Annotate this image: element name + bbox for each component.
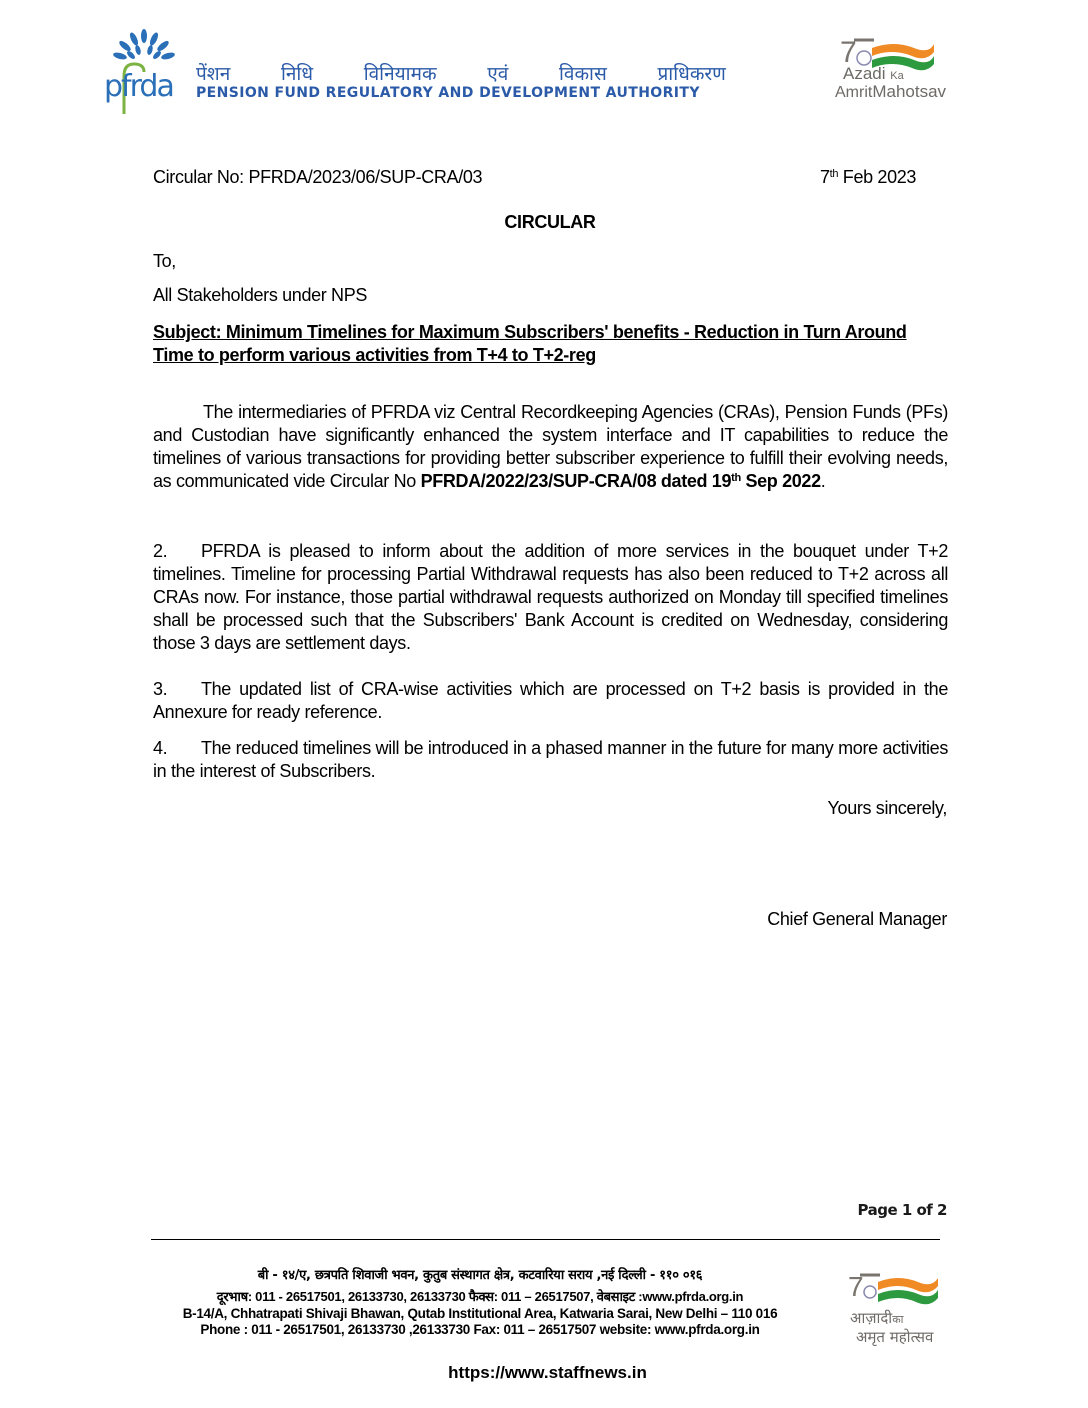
salutation-to: To, (153, 250, 176, 273)
contact-english: Phone : 011 - 26517501, 26133730 ,261337… (140, 1322, 820, 1339)
circular-number: Circular No: PFRDA/2023/06/SUP-CRA/03 (153, 166, 482, 189)
paragraph-1: The intermediaries of PFRDA viz Central … (153, 401, 948, 493)
paragraph-3: 3.The updated list of CRA-wise activitie… (153, 678, 948, 724)
org-name-english: PENSION FUND REGULATORY AND DEVELOPMENT … (196, 85, 700, 101)
subject-line: Subject: Minimum Timelines for Maximum S… (153, 321, 948, 367)
svg-text:pfrda: pfrda (104, 69, 173, 104)
org-name-hindi: पेंशन निधि विनियामक एवं विकास प्राधिकरण (196, 60, 726, 86)
source-url[interactable]: https://www.staffnews.in (0, 1363, 1088, 1383)
pfrda-flower-icon: pfrda (104, 28, 184, 118)
paragraph-2: 2.PFRDA is pleased to inform about the a… (153, 540, 948, 655)
pfrda-logo: pfrda (104, 28, 184, 118)
paragraph-4: 4.The reduced timelines will be introduc… (153, 737, 948, 783)
aam-line1: Azadi Ka (843, 64, 904, 84)
circular-date: 7th Feb 2023 (820, 166, 916, 189)
signatory-title: Chief General Manager (767, 908, 947, 931)
addressee: All Stakeholders under NPS (153, 284, 367, 307)
hindi-word: निधि (281, 60, 313, 86)
document-heading: CIRCULAR (0, 211, 1088, 234)
hindi-word: प्राधिकरण (657, 60, 725, 86)
hindi-word: विनियामक (364, 60, 437, 86)
flag-75-icon: 7 (846, 1270, 956, 1306)
aam-hindi-line1: आज़ादीका (850, 1308, 904, 1328)
aam-line2: AmritMahotsav (835, 82, 946, 102)
hindi-word: विकास (559, 60, 607, 86)
reference-circular: PFRDA/2022/23/SUP-CRA/08 dated 19th Sep … (421, 471, 821, 491)
address-hindi: बी - १४/ए, छत्रपति शिवाजी भवन, कुतुब संस… (140, 1268, 820, 1285)
contact-hindi: दूरभाष: 011 - 26517501, 26133730, 261337… (140, 1289, 820, 1306)
closing: Yours sincerely, (828, 797, 947, 820)
page-number: Page 1 of 2 (858, 1201, 948, 1219)
aam-hindi-line2: अमृत महोत्सव (856, 1327, 933, 1347)
address-english: B-14/A, Chhatrapati Shivaji Bhawan, Quta… (140, 1306, 820, 1323)
hindi-word: एवं (487, 60, 508, 86)
footer-divider (151, 1239, 940, 1240)
hindi-word: पेंशन (196, 60, 230, 86)
